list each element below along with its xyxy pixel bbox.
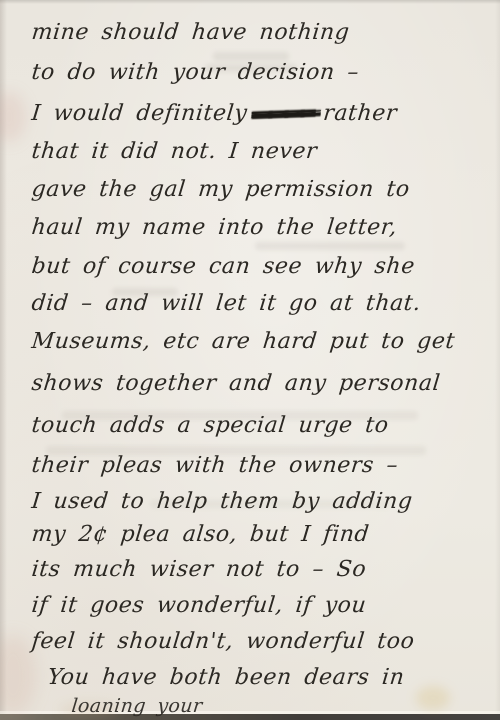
show-through-smudge <box>255 242 405 250</box>
letter-scan-page: mine should have nothing to do with your… <box>0 0 500 720</box>
handwritten-line: that it did not. I never <box>30 137 493 167</box>
handwritten-line: did – and will let it go at that. <box>30 289 493 319</box>
handwritten-line: but of course can see why she <box>30 252 493 282</box>
handwritten-line: shows together and any personal <box>30 369 493 399</box>
handwritten-line: its much wiser not to – So <box>30 555 493 585</box>
handwritten-line: their pleas with the owners – <box>30 451 493 481</box>
scan-edge-left <box>0 0 7 720</box>
handwritten-line: You have both been dears in <box>46 663 500 693</box>
handwritten-line: I would definitely————rather <box>30 99 493 129</box>
handwritten-text: rather <box>322 101 398 126</box>
handwritten-line: loaning your <box>70 691 500 720</box>
handwritten-line: if it goes wonderful, if you <box>30 591 493 621</box>
handwritten-line: mine should have nothing <box>30 18 493 48</box>
handwritten-line: my 2¢ plea also, but I find <box>30 520 493 550</box>
handwritten-line: feel it shouldn't, wonderful too <box>30 627 493 657</box>
handwritten-line: Museums, etc are hard put to get <box>30 327 493 357</box>
handwritten-line: gave the gal my permission to <box>30 175 493 205</box>
scan-edge-top <box>0 0 500 4</box>
scribbled-out-word: ———— <box>250 98 316 130</box>
handwritten-line: to do with your decision – <box>30 58 493 88</box>
handwritten-text: I would definitely <box>30 101 248 126</box>
handwritten-line: I used to help them by adding <box>30 487 493 517</box>
handwritten-line: touch adds a special urge to <box>30 411 493 441</box>
scan-edge-right <box>495 0 500 720</box>
handwritten-line: haul my name into the letter, <box>30 213 493 243</box>
